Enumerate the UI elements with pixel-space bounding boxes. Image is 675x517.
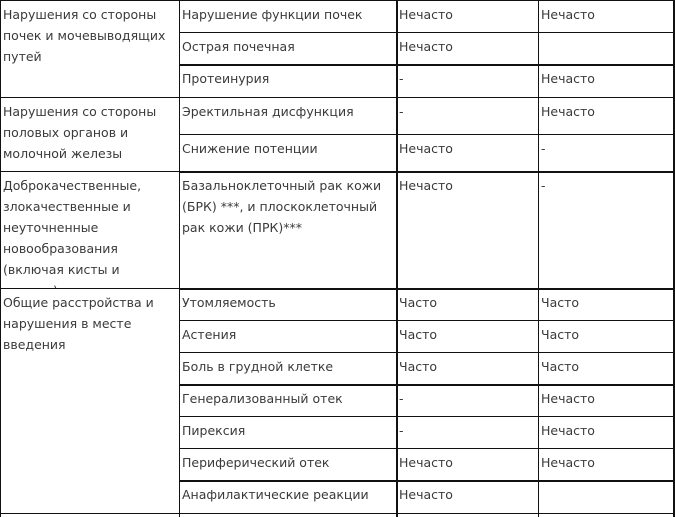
table-border — [179, 32, 674, 33]
frequency-cell-b: Часто — [539, 353, 672, 384]
frequency-cell-b — [539, 481, 672, 513]
table-border — [179, 97, 674, 98]
frequency-cell-a: - — [397, 65, 537, 97]
table-border — [396, 0, 398, 517]
table-border — [0, 171, 179, 172]
reaction-cell: Нарушение функции почек — [180, 1, 395, 32]
adverse-reactions-table: Нарушения со стороны почек и мочевыводящ… — [0, 0, 675, 517]
frequency-cell-b: Нечасто — [539, 65, 672, 97]
frequency-cell-a: - — [397, 417, 537, 448]
table-border — [179, 0, 674, 1]
table-border — [179, 480, 674, 482]
table-border — [179, 352, 674, 353]
frequency-cell-b: - — [539, 172, 672, 288]
frequency-cell-a: Нечасто — [397, 172, 537, 288]
reaction-cell: Боль в грудной клетке — [180, 353, 395, 384]
table-border — [0, 288, 179, 289]
frequency-cell-b: Часто — [539, 289, 672, 320]
frequency-cell-b: Нечасто — [539, 385, 672, 416]
reaction-cell: Утомляемость — [180, 289, 395, 320]
reaction-cell: Анафилактические реакции — [180, 481, 395, 513]
reaction-cell: Снижение потенции — [180, 135, 395, 171]
table-border — [179, 134, 674, 135]
table-border — [0, 97, 179, 98]
frequency-cell-a: Нечасто — [397, 1, 537, 32]
reaction-cell: Генерализованный отек — [180, 385, 395, 416]
frequency-cell-a: Часто — [397, 353, 537, 384]
frequency-cell-b: Нечасто — [539, 98, 672, 134]
table-border — [179, 320, 674, 321]
frequency-cell-a: - — [397, 385, 537, 416]
frequency-cell-b: - — [539, 135, 672, 171]
table-border — [0, 0, 179, 1]
table-border — [179, 384, 674, 386]
frequency-cell-a: Часто — [397, 289, 537, 320]
table-border — [179, 448, 674, 449]
reaction-cell: Пирексия — [180, 417, 395, 448]
category-cell: Доброкачественные, злокачественные и неу… — [1, 172, 178, 288]
frequency-cell-b: Нечасто — [539, 1, 672, 32]
frequency-cell-b: Нечасто — [539, 417, 672, 448]
frequency-cell-b: Часто — [539, 321, 672, 352]
frequency-cell-b — [539, 33, 672, 64]
frequency-cell-a: Нечасто — [397, 449, 537, 480]
frequency-cell-a: - — [397, 98, 537, 134]
frequency-cell-a: Нечасто — [397, 481, 537, 513]
category-cell: Нарушения со стороны почек и мочевыводящ… — [1, 1, 178, 97]
table-border — [0, 0, 1, 517]
category-cell: Общие расстройства и нарушения в месте в… — [1, 289, 178, 513]
table-border — [179, 171, 674, 173]
frequency-cell-a: Нечасто — [397, 33, 537, 64]
table-border — [179, 0, 180, 517]
frequency-cell-b: Нечасто — [539, 449, 672, 480]
frequency-cell-a: Нечасто — [397, 135, 537, 171]
reaction-cell: Протеинурия — [180, 65, 395, 97]
frequency-cell-a: Часто — [397, 321, 537, 352]
reaction-cell: Астения — [180, 321, 395, 352]
reaction-cell: Острая почечная недостаточность — [180, 33, 395, 64]
table-border — [179, 64, 674, 66]
table-border — [538, 0, 539, 517]
reaction-cell: Периферический отек — [180, 449, 395, 480]
category-cell: Нарушения со стороны половых органов и м… — [1, 98, 178, 171]
reaction-cell: Базальноклеточный рак кожи (БРК) ***, и … — [180, 172, 395, 288]
reaction-cell: Эректильная дисфункция — [180, 98, 395, 134]
table-border — [0, 513, 179, 514]
table-border — [179, 288, 674, 290]
table-border — [179, 416, 674, 417]
table-border — [179, 513, 674, 514]
